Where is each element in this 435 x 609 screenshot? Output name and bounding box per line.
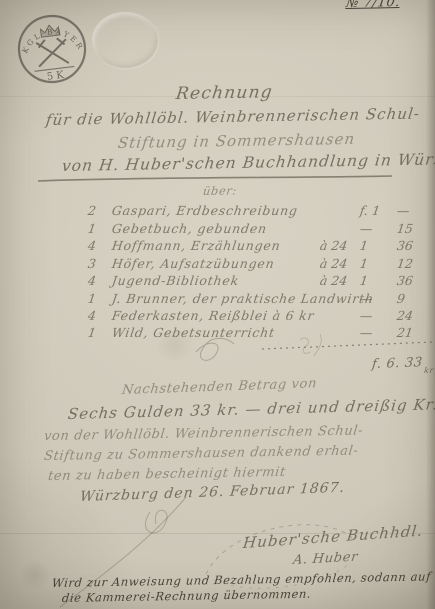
item-gulden: — (359, 308, 374, 323)
item-qty: 1 (87, 325, 97, 340)
item-gulden: 1 (359, 238, 369, 253)
signature-name: A. Huber (292, 550, 359, 568)
item-gulden: 1 (359, 256, 369, 271)
signature-firm: Huber'sche Buchhdl. (242, 522, 424, 552)
stamp-arc-text: KGL·BAYERN (7, 3, 86, 61)
header-line-2: Stiftung in Sommershausen (117, 130, 356, 152)
stamp-divider (35, 66, 75, 71)
item-qty: 3 (87, 256, 97, 271)
item-kreuzer: 15 (396, 221, 414, 236)
item-kreuzer: 24 (396, 308, 414, 323)
header-line-3: von H. Huber'schen Buchhandlung in Würzb… (61, 150, 435, 175)
item-desc: Gaspari, Erdbeschreibung (111, 203, 299, 218)
item-unit: à 24 (319, 273, 348, 288)
item-desc: Hoffmann, Erzählungen (111, 238, 282, 253)
item-desc: J. Brunner, der praktische Landwirth (111, 291, 375, 306)
receipt-line-2: Sechs Gulden 33 kr. — drei und dreißig K… (67, 395, 435, 423)
receipt-line-4: Stiftung zu Sommershausen dankend erhal- (43, 444, 359, 464)
revenue-stamp: KGL·BAYERN 5 K (7, 3, 96, 94)
stamp-value: 5 K (46, 70, 65, 83)
item-qty: 4 (87, 238, 97, 253)
item-desc: Höfer, Aufsatzübungen (111, 256, 276, 271)
document-number: № 7/10. (345, 0, 401, 11)
total-unit: kr (423, 366, 434, 375)
item-gulden: — (359, 221, 374, 236)
loop-flourish (145, 510, 167, 533)
item-kreuzer: — (396, 203, 411, 218)
stamp-circle (15, 12, 89, 86)
svg-text:KGL·BAYERN: KGL·BAYERN (7, 3, 86, 61)
item-unit: à 24 (319, 256, 348, 271)
embossed-seal (92, 12, 158, 68)
paraph-flourish (196, 338, 234, 360)
item-gulden: — (359, 325, 374, 340)
item-desc: Wild, Gebetsunterricht (111, 325, 276, 340)
document-title: Rechnung (175, 82, 274, 104)
date-line: Würzburg den 26. Februar 1867. (79, 480, 346, 505)
item-qty: 4 (87, 273, 97, 288)
item-gulden: — (359, 291, 374, 306)
item-qty: 2 (87, 203, 97, 218)
annotation-line-2: die Kammerei-Rechnung übernommen. (61, 587, 312, 605)
item-kreuzer: 36 (396, 273, 414, 288)
invoice-line-item: 3 Höfer, Aufsatzübungen à 24 1 12 (0, 256, 435, 272)
invoice-line-item: 2 Gaspari, Erdbeschreibung f. 1 — (0, 203, 435, 219)
item-qty: 4 (87, 308, 97, 323)
item-kreuzer: 9 (396, 291, 406, 306)
item-qty: 1 (87, 291, 97, 306)
item-desc: Gebetbuch, gebunden (111, 221, 268, 236)
scanned-invoice-document: KGL·BAYERN 5 K № 7/10. Rechnung für die … (0, 0, 435, 609)
paper-stain (18, 560, 52, 590)
item-qty: 1 (87, 221, 97, 236)
invoice-line-item: 4 Jugend-Bibliothek à 24 1 36 (0, 273, 435, 289)
item-desc: Federkasten, Reißblei à 6 kr (111, 308, 316, 323)
uber-label: über: (202, 183, 238, 198)
receipt-line-1: Nachstehenden Betrag von (121, 376, 318, 398)
item-kreuzer: 36 (396, 238, 414, 253)
invoice-line-item: 1 Gebetbuch, gebunden — 15 (0, 221, 435, 237)
underline-stroke (38, 176, 392, 181)
item-kreuzer: 12 (396, 256, 414, 271)
total-rule-dotted (262, 342, 434, 349)
crossed-swords-icon (36, 37, 69, 66)
crown-icon (40, 24, 59, 37)
header-line-1: für die Wohllöbl. Weinbrennerischen Schu… (45, 104, 421, 129)
item-gulden: 1 (359, 273, 369, 288)
item-gulden: f. 1 (359, 203, 381, 218)
item-kreuzer: 21 (396, 325, 414, 340)
receipt-line-5: ten zu haben bescheinigt hiermit (47, 465, 287, 484)
receipt-line-3: von der Wohllöbl. Weinbrennerischen Schu… (43, 423, 364, 444)
invoice-line-item: 1 J. Brunner, der praktische Landwirth —… (0, 291, 435, 307)
invoice-line-item: 4 Hoffmann, Erzählungen à 24 1 36 (0, 238, 435, 254)
total-amount: f. 6. 33 (371, 355, 423, 372)
invoice-line-item: 4 Federkasten, Reißblei à 6 kr — 24 (0, 308, 435, 324)
item-desc: Jugend-Bibliothek (111, 273, 240, 288)
invoice-line-item: 1 Wild, Gebetsunterricht — 21 (0, 325, 435, 341)
item-unit: à 24 (319, 238, 348, 253)
